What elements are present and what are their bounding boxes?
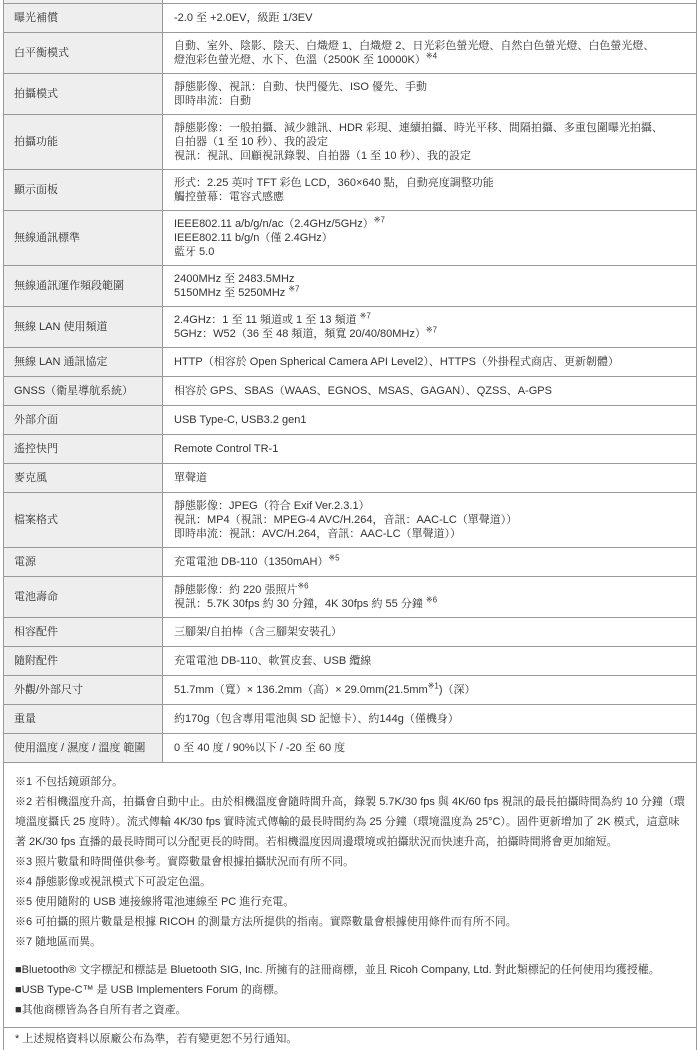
- spec-row-label: 無線 LAN 通訊協定: [4, 348, 163, 376]
- spec-row-label: 無線 LAN 使用頻道: [4, 307, 163, 347]
- spec-value-line: 充電電池 DB-110、軟質皮套、USB 纜線: [174, 654, 686, 668]
- spec-value-line: 靜態影像：一般拍攝、減少雜訊、HDR 彩現、連續拍攝、時光平移、間隔拍攝、多重包…: [174, 121, 686, 135]
- footnote-item: ※6 可拍攝的照片數量是根據 RICOH 的測量方法所提供的指南。實際數量會根據…: [15, 912, 686, 932]
- spec-row: 電池壽命靜態影像：約 220 張照片※6視訊：5.7K 30fps 約 30 分…: [4, 576, 696, 617]
- spec-row-label: GNSS（衛星導航系統）: [4, 377, 163, 405]
- spec-row-value: 相容於 GPS、SBAS（WAAS、EGNOS、MSAS、GAGAN）、QZSS…: [163, 377, 696, 405]
- spec-row-value: Remote Control TR-1: [163, 435, 696, 463]
- footnote-reference: ※6: [297, 581, 308, 590]
- spec-row-label: 無線通訊運作頻段範圍: [4, 266, 163, 306]
- spec-row-value: 自動、室外、陰影、陰天、白熾燈 1、白熾燈 2、日光彩色螢光燈、自然白色螢光燈、…: [163, 33, 696, 73]
- spec-page: 曝光補償-2.0 至 +2.0EV，級距 1/3EV白平衡模式自動、室外、陰影、…: [0, 0, 700, 1050]
- spec-row-label: 檔案格式: [4, 493, 163, 547]
- spec-row-label: 曝光補償: [4, 4, 163, 32]
- spec-value-line: 0 至 40 度 / 90%以下 / -20 至 60 度: [174, 741, 686, 755]
- spec-row: 無線通訊運作頻段範圍2400MHz 至 2483.5MHz5150MHz 至 5…: [4, 265, 696, 306]
- spec-row: 相容配件三腳架/自拍棒（含三腳架安裝孔）: [4, 617, 696, 646]
- sliver-value-cell: [163, 0, 696, 3]
- footnote-list: ※1 不包括鏡頭部分。※2 若相機溫度升高，拍攝會自動中止。由於相機溫度會隨時間…: [15, 772, 686, 952]
- spec-row-label: 無線通訊標準: [4, 211, 163, 265]
- spec-row-value: 充電電池 DB-110（1350mAH）※5: [163, 548, 696, 576]
- trademark-list: ■Bluetooth® 文字標記和標誌是 Bluetooth SIG, Inc.…: [15, 960, 686, 1020]
- disclaimer-note: * 上述規格資料以原廠公布為準，若有變更恕不另行通知。: [15, 1033, 686, 1046]
- spec-row-value: 靜態影像：一般拍攝、減少雜訊、HDR 彩現、連續拍攝、時光平移、間隔拍攝、多重包…: [163, 115, 696, 169]
- spec-row: 白平衡模式自動、室外、陰影、陰天、白熾燈 1、白熾燈 2、日光彩色螢光燈、自然白…: [4, 32, 696, 73]
- footnote-item: ※4 靜態影像或視訊模式下可設定色溫。: [15, 872, 686, 892]
- disclaimer-section: * 上述規格資料以原廠公布為準，若有變更恕不另行通知。: [3, 1028, 697, 1050]
- spec-value-line: 觸控螢幕：電容式感應: [174, 190, 686, 204]
- spec-row: 外部介面USB Type-C, USB3.2 gen1: [4, 405, 696, 434]
- footnote-reference: ※6: [426, 595, 437, 604]
- spec-row-label: 遙控快門: [4, 435, 163, 463]
- spec-value-line: 視訊：MP4（視訊：MPEG-4 AVC/H.264，音訊：AAC-LC（單聲道…: [174, 513, 686, 527]
- footnotes-section: ※1 不包括鏡頭部分。※2 若相機溫度升高，拍攝會自動中止。由於相機溫度會隨時間…: [3, 763, 697, 1028]
- spec-row-value: IEEE802.11 a/b/g/n/ac（2.4GHz/5GHz）※7IEEE…: [163, 211, 696, 265]
- spec-row-label: 外部介面: [4, 406, 163, 434]
- spec-row: 無線 LAN 使用頻道2.4GHz：1 至 11 頻道或 1 至 13 頻道 ※…: [4, 306, 696, 347]
- spec-row-label: 外觀/外部尺寸: [4, 676, 163, 704]
- spec-value-line: -2.0 至 +2.0EV，級距 1/3EV: [174, 11, 686, 25]
- footnote-reference: ※1: [428, 681, 439, 690]
- spec-row-value: 約170g（包含專用電池與 SD 記憶卡）、約144g（僅機身）: [163, 705, 696, 733]
- spec-row-label: 電源: [4, 548, 163, 576]
- spec-value-line: 靜態影像、視訊：自動、快門優先、ISO 優先、手動: [174, 80, 686, 94]
- spec-row-value: 形式：2.25 英吋 TFT 彩色 LCD，360×640 點，自動亮度調整功能…: [163, 170, 696, 210]
- trademark-item: ■其他商標皆為各自所有者之資產。: [15, 1000, 686, 1020]
- spec-value-line: Remote Control TR-1: [174, 442, 686, 456]
- footnote-reference: ※7: [426, 325, 437, 334]
- footnote-item: ※5 使用隨附的 USB 連接線將電池連線至 PC 進行充電。: [15, 892, 686, 912]
- spec-row-label: 拍攝模式: [4, 74, 163, 114]
- spec-row: 拍攝模式靜態影像、視訊：自動、快門優先、ISO 優先、手動即時串流：自動: [4, 73, 696, 114]
- spec-value-line: 5150MHz 至 5250MHz ※7: [174, 286, 686, 300]
- spec-row: 拍攝功能靜態影像：一般拍攝、減少雜訊、HDR 彩現、連續拍攝、時光平移、間隔拍攝…: [4, 114, 696, 169]
- table-top-sliver-row: [4, 0, 696, 3]
- footnote-reference: ※7: [374, 215, 385, 224]
- footnote-item: ※3 照片數量和時間僅供參考。實際數量會根據拍攝狀況而有所不同。: [15, 852, 686, 872]
- spec-value-line: 即時串流：自動: [174, 94, 686, 108]
- spec-value-line: 即時串流：視訊：AVC/H.264，音訊：AAC-LC（單聲道））: [174, 527, 686, 541]
- spec-value-line: 靜態影像：JPEG（符合 Exif Ver.2.3.1）: [174, 499, 686, 513]
- spec-row: 顯示面板形式：2.25 英吋 TFT 彩色 LCD，360×640 點，自動亮度…: [4, 169, 696, 210]
- footnote-reference: ※7: [360, 311, 371, 320]
- spec-table: 曝光補償-2.0 至 +2.0EV，級距 1/3EV白平衡模式自動、室外、陰影、…: [3, 0, 697, 763]
- sliver-label-cell: [4, 0, 163, 3]
- spec-value-line: HTTP（相容於 Open Spherical Camera API Level…: [174, 355, 686, 369]
- footnote-item: ※7 隨地區而異。: [15, 932, 686, 952]
- spec-row-value: 靜態影像、視訊：自動、快門優先、ISO 優先、手動即時串流：自動: [163, 74, 696, 114]
- spec-row: 麥克風單聲道: [4, 463, 696, 492]
- spec-row-value: -2.0 至 +2.0EV，級距 1/3EV: [163, 4, 696, 32]
- spec-row: 無線通訊標準IEEE802.11 a/b/g/n/ac（2.4GHz/5GHz）…: [4, 210, 696, 265]
- spec-value-line: 三腳架/自拍棒（含三腳架安裝孔）: [174, 625, 686, 639]
- spec-row-label: 相容配件: [4, 618, 163, 646]
- spec-row: 檔案格式靜態影像：JPEG（符合 Exif Ver.2.3.1）視訊：MP4（視…: [4, 492, 696, 547]
- spec-row-value: 51.7mm（寬）× 136.2mm（高）× 29.0mm(21.5mm※1)（…: [163, 676, 696, 704]
- spec-row-label: 使用溫度 / 濕度 / 溫度 範圍: [4, 734, 163, 762]
- spec-value-line: 視訊：5.7K 30fps 約 30 分鐘，4K 30fps 約 55 分鐘 ※…: [174, 597, 686, 611]
- spec-row: 隨附配件充電電池 DB-110、軟質皮套、USB 纜線: [4, 646, 696, 675]
- spec-value-line: USB Type-C, USB3.2 gen1: [174, 413, 686, 427]
- footnote-reference: ※4: [426, 51, 437, 60]
- spec-row-value: 2400MHz 至 2483.5MHz5150MHz 至 5250MHz ※7: [163, 266, 696, 306]
- trademark-item: ■USB Type-C™ 是 USB Implementers Forum 的商…: [15, 980, 686, 1000]
- spec-value-line: 5GHz：W52（36 至 48 頻道，頻寬 20/40/80MHz）※7: [174, 327, 686, 341]
- spec-row-value: USB Type-C, USB3.2 gen1: [163, 406, 696, 434]
- spec-row-value: 2.4GHz：1 至 11 頻道或 1 至 13 頻道 ※75GHz：W52（3…: [163, 307, 696, 347]
- spec-row: 使用溫度 / 濕度 / 溫度 範圍0 至 40 度 / 90%以下 / -20 …: [4, 733, 696, 762]
- spec-row: 遙控快門Remote Control TR-1: [4, 434, 696, 463]
- spec-value-line: 形式：2.25 英吋 TFT 彩色 LCD，360×640 點，自動亮度調整功能: [174, 176, 686, 190]
- footnote-item: ※2 若相機溫度升高，拍攝會自動中止。由於相機溫度會隨時間升高，錄製 5.7K/…: [15, 792, 686, 852]
- spec-value-line: 單聲道: [174, 471, 686, 485]
- footnote-item: ※1 不包括鏡頭部分。: [15, 772, 686, 792]
- spec-row-value: HTTP（相容於 Open Spherical Camera API Level…: [163, 348, 696, 376]
- spec-row-value: 單聲道: [163, 464, 696, 492]
- spec-value-line: 充電電池 DB-110（1350mAH）※5: [174, 555, 686, 569]
- spec-row-value: 0 至 40 度 / 90%以下 / -20 至 60 度: [163, 734, 696, 762]
- footnote-reference: ※5: [328, 553, 339, 562]
- spec-value-line: 自拍器（1 至 10 秒）、我的設定: [174, 135, 686, 149]
- spec-row-label: 顯示面板: [4, 170, 163, 210]
- spec-row: 外觀/外部尺寸51.7mm（寬）× 136.2mm（高）× 29.0mm(21.…: [4, 675, 696, 704]
- spec-row-label: 拍攝功能: [4, 115, 163, 169]
- spec-row: 電源充電電池 DB-110（1350mAH）※5: [4, 547, 696, 576]
- spec-value-line: 51.7mm（寬）× 136.2mm（高）× 29.0mm(21.5mm※1)（…: [174, 683, 686, 697]
- spec-value-line: 約170g（包含專用電池與 SD 記憶卡）、約144g（僅機身）: [174, 712, 686, 726]
- spec-value-line: 相容於 GPS、SBAS（WAAS、EGNOS、MSAS、GAGAN）、QZSS…: [174, 384, 686, 398]
- spec-value-line: IEEE802.11 b/g/n（僅 2.4GHz）: [174, 231, 686, 245]
- spec-row: GNSS（衛星導航系統）相容於 GPS、SBAS（WAAS、EGNOS、MSAS…: [4, 376, 696, 405]
- spec-row: 重量約170g（包含專用電池與 SD 記憶卡）、約144g（僅機身）: [4, 704, 696, 733]
- trademark-item: ■Bluetooth® 文字標記和標誌是 Bluetooth SIG, Inc.…: [15, 960, 686, 980]
- footnote-reference: ※7: [288, 284, 299, 293]
- spec-row-value: 靜態影像：約 220 張照片※6視訊：5.7K 30fps 約 30 分鐘，4K…: [163, 577, 696, 617]
- spec-row-label: 重量: [4, 705, 163, 733]
- spec-row-label: 麥克風: [4, 464, 163, 492]
- spec-value-line: 藍牙 5.0: [174, 245, 686, 259]
- spec-row-label: 白平衡模式: [4, 33, 163, 73]
- spec-row: 無線 LAN 通訊協定HTTP（相容於 Open Spherical Camer…: [4, 347, 696, 376]
- spec-row-value: 三腳架/自拍棒（含三腳架安裝孔）: [163, 618, 696, 646]
- spec-value-line: 視訊：視訊、回顧視訊錄製、自拍器（1 至 10 秒）、我的設定: [174, 149, 686, 163]
- spec-value-line: 燈泡彩色螢光燈、水下、色溫（2500K 至 10000K）※4: [174, 53, 686, 67]
- spec-row-value: 充電電池 DB-110、軟質皮套、USB 纜線: [163, 647, 696, 675]
- spec-value-line: IEEE802.11 a/b/g/n/ac（2.4GHz/5GHz）※7: [174, 217, 686, 231]
- spec-row-value: 靜態影像：JPEG（符合 Exif Ver.2.3.1）視訊：MP4（視訊：MP…: [163, 493, 696, 547]
- spec-value-line: 2400MHz 至 2483.5MHz: [174, 272, 686, 286]
- spec-row-label: 電池壽命: [4, 577, 163, 617]
- spec-row: 曝光補償-2.0 至 +2.0EV，級距 1/3EV: [4, 3, 696, 32]
- spec-row-label: 隨附配件: [4, 647, 163, 675]
